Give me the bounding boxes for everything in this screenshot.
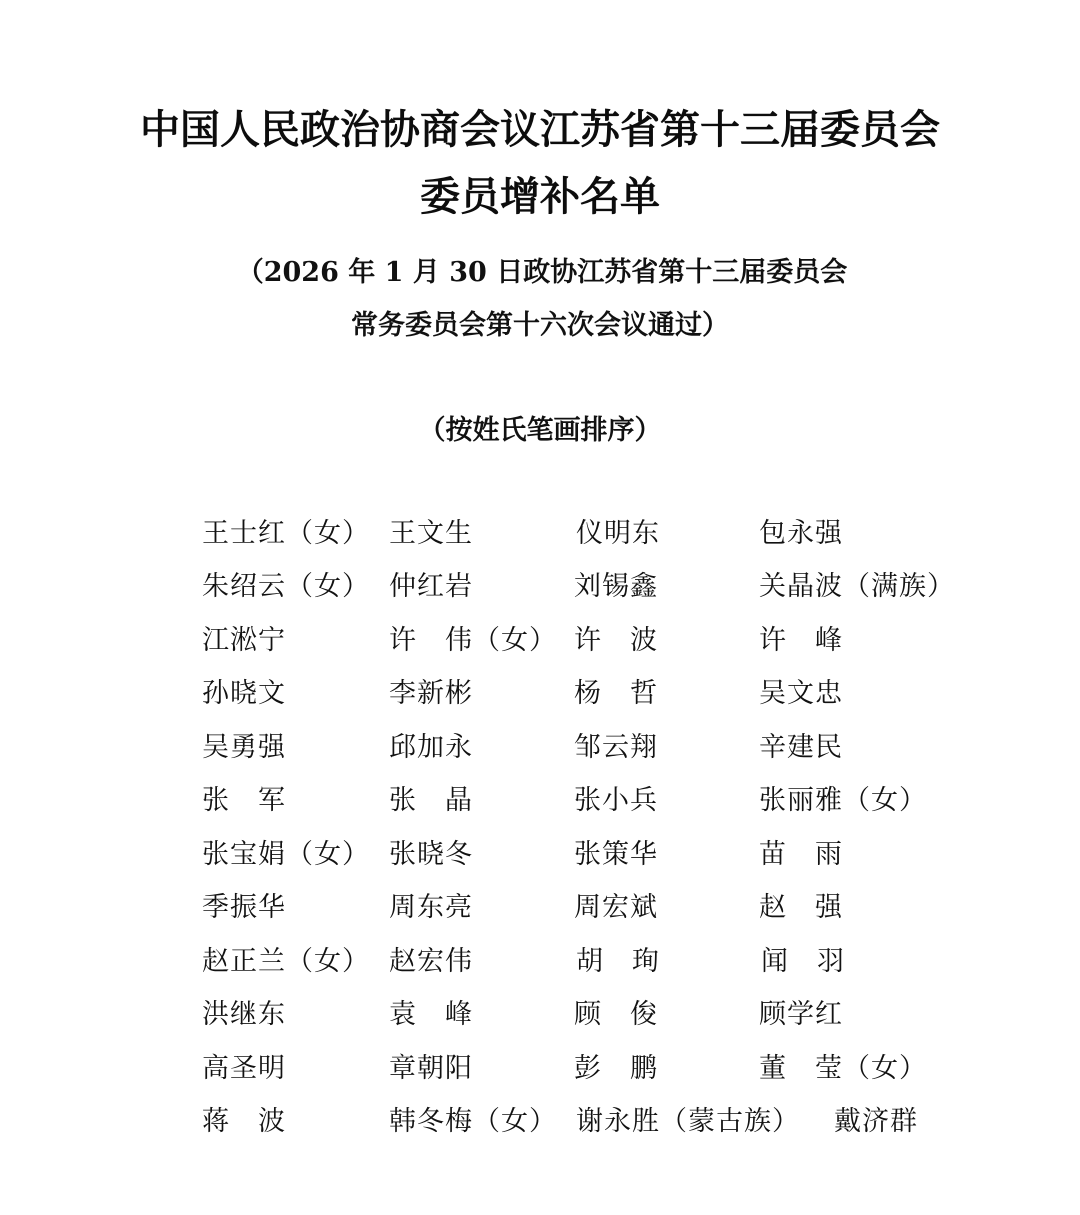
member-name: 周东亮 <box>389 891 473 925</box>
member-name: 蒋 波 <box>202 1105 286 1139</box>
member-name: 赵 强 <box>759 891 843 925</box>
member-name: 闻 羽 <box>761 945 845 979</box>
member-name: 许 波 <box>574 624 658 658</box>
member-name: 邹云翔 <box>574 731 658 765</box>
member-name: 杨 哲 <box>574 677 658 711</box>
member-name: 周宏斌 <box>574 891 658 925</box>
member-name: 章朝阳 <box>389 1052 473 1086</box>
member-name: 孙晓文 <box>202 677 286 711</box>
member-name: 仪明东 <box>576 517 660 551</box>
member-name: 仲红岩 <box>389 570 473 604</box>
member-name-list: 王士红（女） 王文生 仪明东 包永强 朱绍云（女） 仲红岩 刘锡鑫 关晶波（满族… <box>0 0 1080 1215</box>
member-name: 吴勇强 <box>202 731 286 765</box>
member-name: 董 莹（女） <box>759 1052 927 1086</box>
member-name: 谢永胜（蒙古族） <box>576 1105 800 1139</box>
member-name: 洪继东 <box>202 998 286 1032</box>
member-name: 戴济群 <box>834 1105 918 1139</box>
member-name: 李新彬 <box>389 677 473 711</box>
member-name: 胡 珣 <box>576 945 660 979</box>
member-name: 袁 峰 <box>389 998 473 1032</box>
member-name: 吴文忠 <box>759 677 843 711</box>
member-name: 刘锡鑫 <box>574 570 658 604</box>
member-name: 赵宏伟 <box>389 945 473 979</box>
member-name: 彭 鹏 <box>574 1052 658 1086</box>
member-name: 江淞宁 <box>202 624 286 658</box>
member-name: 王文生 <box>389 517 473 551</box>
member-name: 辛建民 <box>759 731 843 765</box>
member-name: 关晶波（满族） <box>759 570 955 604</box>
member-name: 王士红（女） <box>202 517 370 551</box>
member-name: 高圣明 <box>202 1052 286 1086</box>
member-name: 张策华 <box>574 838 658 872</box>
member-name: 顾学红 <box>759 998 843 1032</box>
member-name: 许 峰 <box>759 624 843 658</box>
member-name: 苗 雨 <box>759 838 843 872</box>
member-name: 张 晶 <box>389 784 473 818</box>
member-name: 顾 俊 <box>574 998 658 1032</box>
member-name: 赵正兰（女） <box>202 945 370 979</box>
member-name: 季振华 <box>202 891 286 925</box>
member-name: 张晓冬 <box>389 838 473 872</box>
member-name: 张小兵 <box>574 784 658 818</box>
member-name: 邱加永 <box>389 731 473 765</box>
member-name: 张丽雅（女） <box>759 784 927 818</box>
member-name: 许 伟（女） <box>389 624 557 658</box>
member-name: 张宝娟（女） <box>202 838 370 872</box>
member-name: 包永强 <box>759 517 843 551</box>
member-name: 朱绍云（女） <box>202 570 370 604</box>
member-name: 韩冬梅（女） <box>389 1105 557 1139</box>
member-name: 张 军 <box>202 784 286 818</box>
